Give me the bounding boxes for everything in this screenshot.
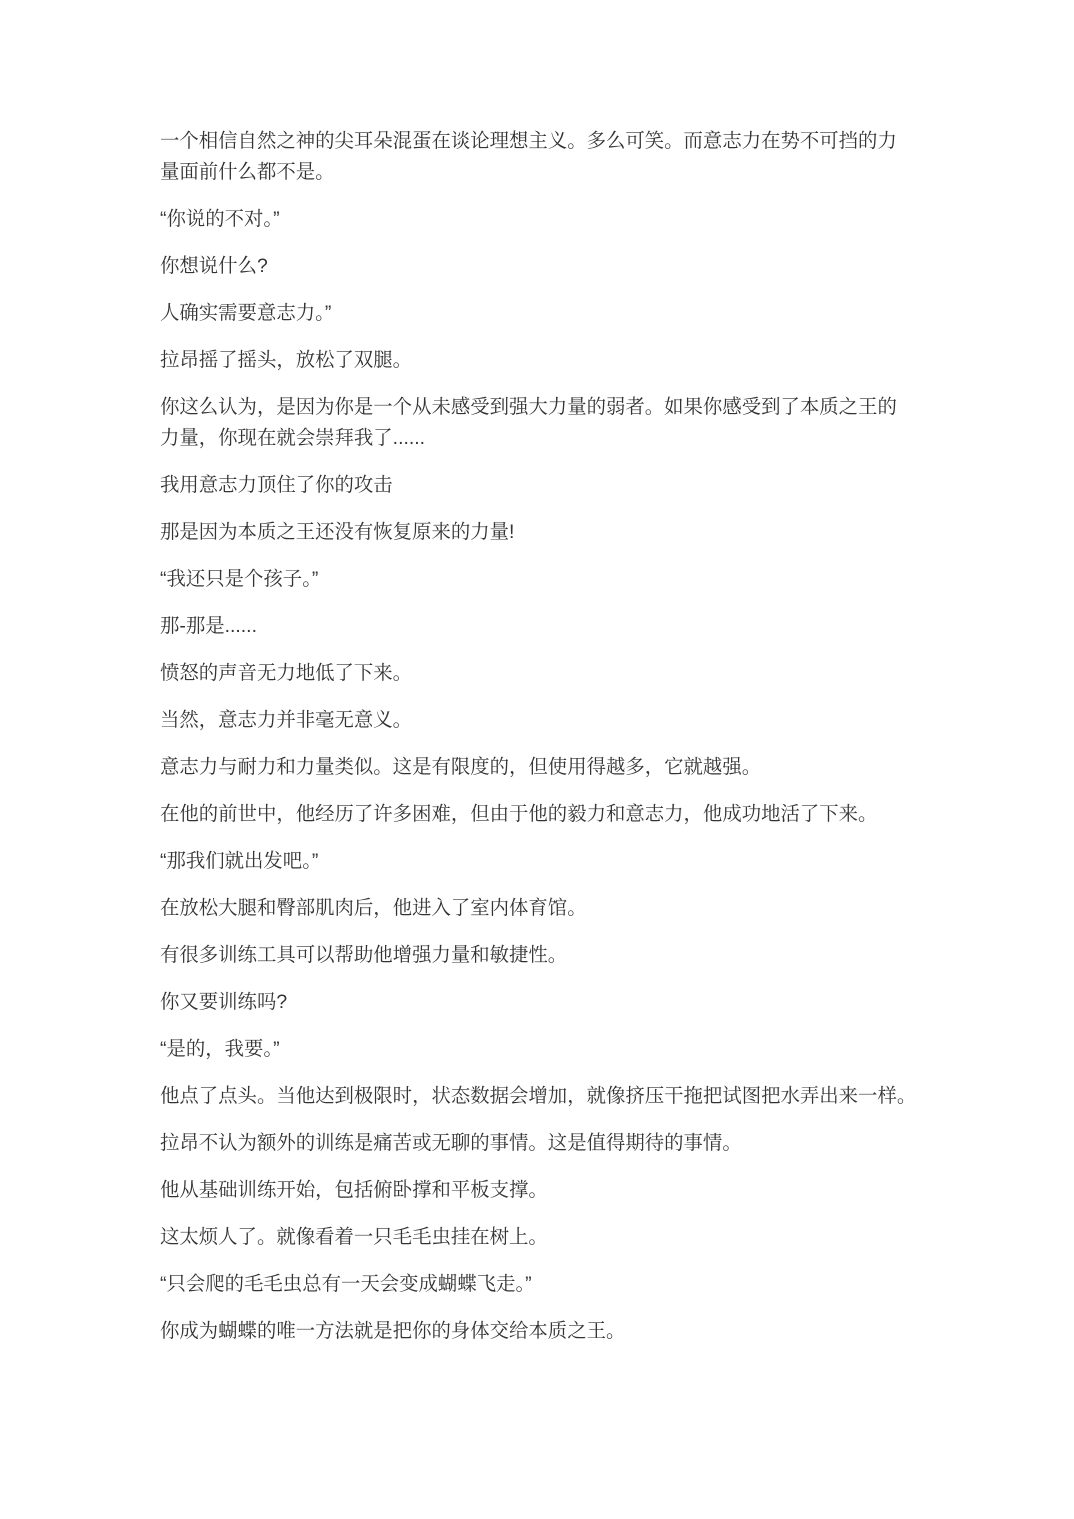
paragraph: 那是因为本质之王还没有恢复原来的力量! — [160, 517, 915, 548]
paragraph: 一个相信自然之神的尖耳朵混蛋在谈论理想主义。多么可笑。而意志力在势不可挡的力量面… — [160, 126, 915, 188]
paragraph: 我用意志力顶住了你的攻击 — [160, 470, 915, 501]
paragraph: 当然，意志力并非毫无意义。 — [160, 705, 915, 736]
paragraph: 意志力与耐力和力量类似。这是有限度的，但使用得越多，它就越强。 — [160, 752, 915, 783]
novel-text-body: 一个相信自然之神的尖耳朵混蛋在谈论理想主义。多么可笑。而意志力在势不可挡的力量面… — [160, 126, 915, 1347]
paragraph: 你成为蝴蝶的唯一方法就是把你的身体交给本质之王。 — [160, 1316, 915, 1347]
paragraph: 拉昂不认为额外的训练是痛苦或无聊的事情。这是值得期待的事情。 — [160, 1128, 915, 1159]
document-page: 一个相信自然之神的尖耳朵混蛋在谈论理想主义。多么可笑。而意志力在势不可挡的力量面… — [0, 0, 1074, 1519]
paragraph-dialogue: “你说的不对。” — [160, 204, 915, 235]
paragraph-dialogue: 人确实需要意志力。” — [160, 298, 915, 329]
paragraph-dialogue: “是的，我要。” — [160, 1034, 915, 1065]
paragraph: 愤怒的声音无力地低了下来。 — [160, 658, 915, 689]
paragraph: 他点了点头。当他达到极限时，状态数据会增加，就像挤压干拖把试图把水弄出来一样。 — [160, 1081, 915, 1112]
paragraph-dialogue: “我还只是个孩子。” — [160, 564, 915, 595]
paragraph: 拉昂摇了摇头，放松了双腿。 — [160, 345, 915, 376]
paragraph: 在他的前世中，他经历了许多困难，但由于他的毅力和意志力，他成功地活了下来。 — [160, 799, 915, 830]
paragraph: 你想说什么? — [160, 251, 915, 282]
paragraph: 这太烦人了。就像看着一只毛毛虫挂在树上。 — [160, 1222, 915, 1253]
paragraph: 那-那是...... — [160, 611, 915, 642]
paragraph: 在放松大腿和臀部肌肉后，他进入了室内体育馆。 — [160, 893, 915, 924]
paragraph: 有很多训练工具可以帮助他增强力量和敏捷性。 — [160, 940, 915, 971]
paragraph-dialogue: “那我们就出发吧。” — [160, 846, 915, 877]
paragraph: 你这么认为，是因为你是一个从未感受到强大力量的弱者。如果你感受到了本质之王的力量… — [160, 392, 915, 454]
paragraph: 他从基础训练开始，包括俯卧撑和平板支撑。 — [160, 1175, 915, 1206]
paragraph-dialogue: “只会爬的毛毛虫总有一天会变成蝴蝶飞走。” — [160, 1269, 915, 1300]
paragraph: 你又要训练吗? — [160, 987, 915, 1018]
